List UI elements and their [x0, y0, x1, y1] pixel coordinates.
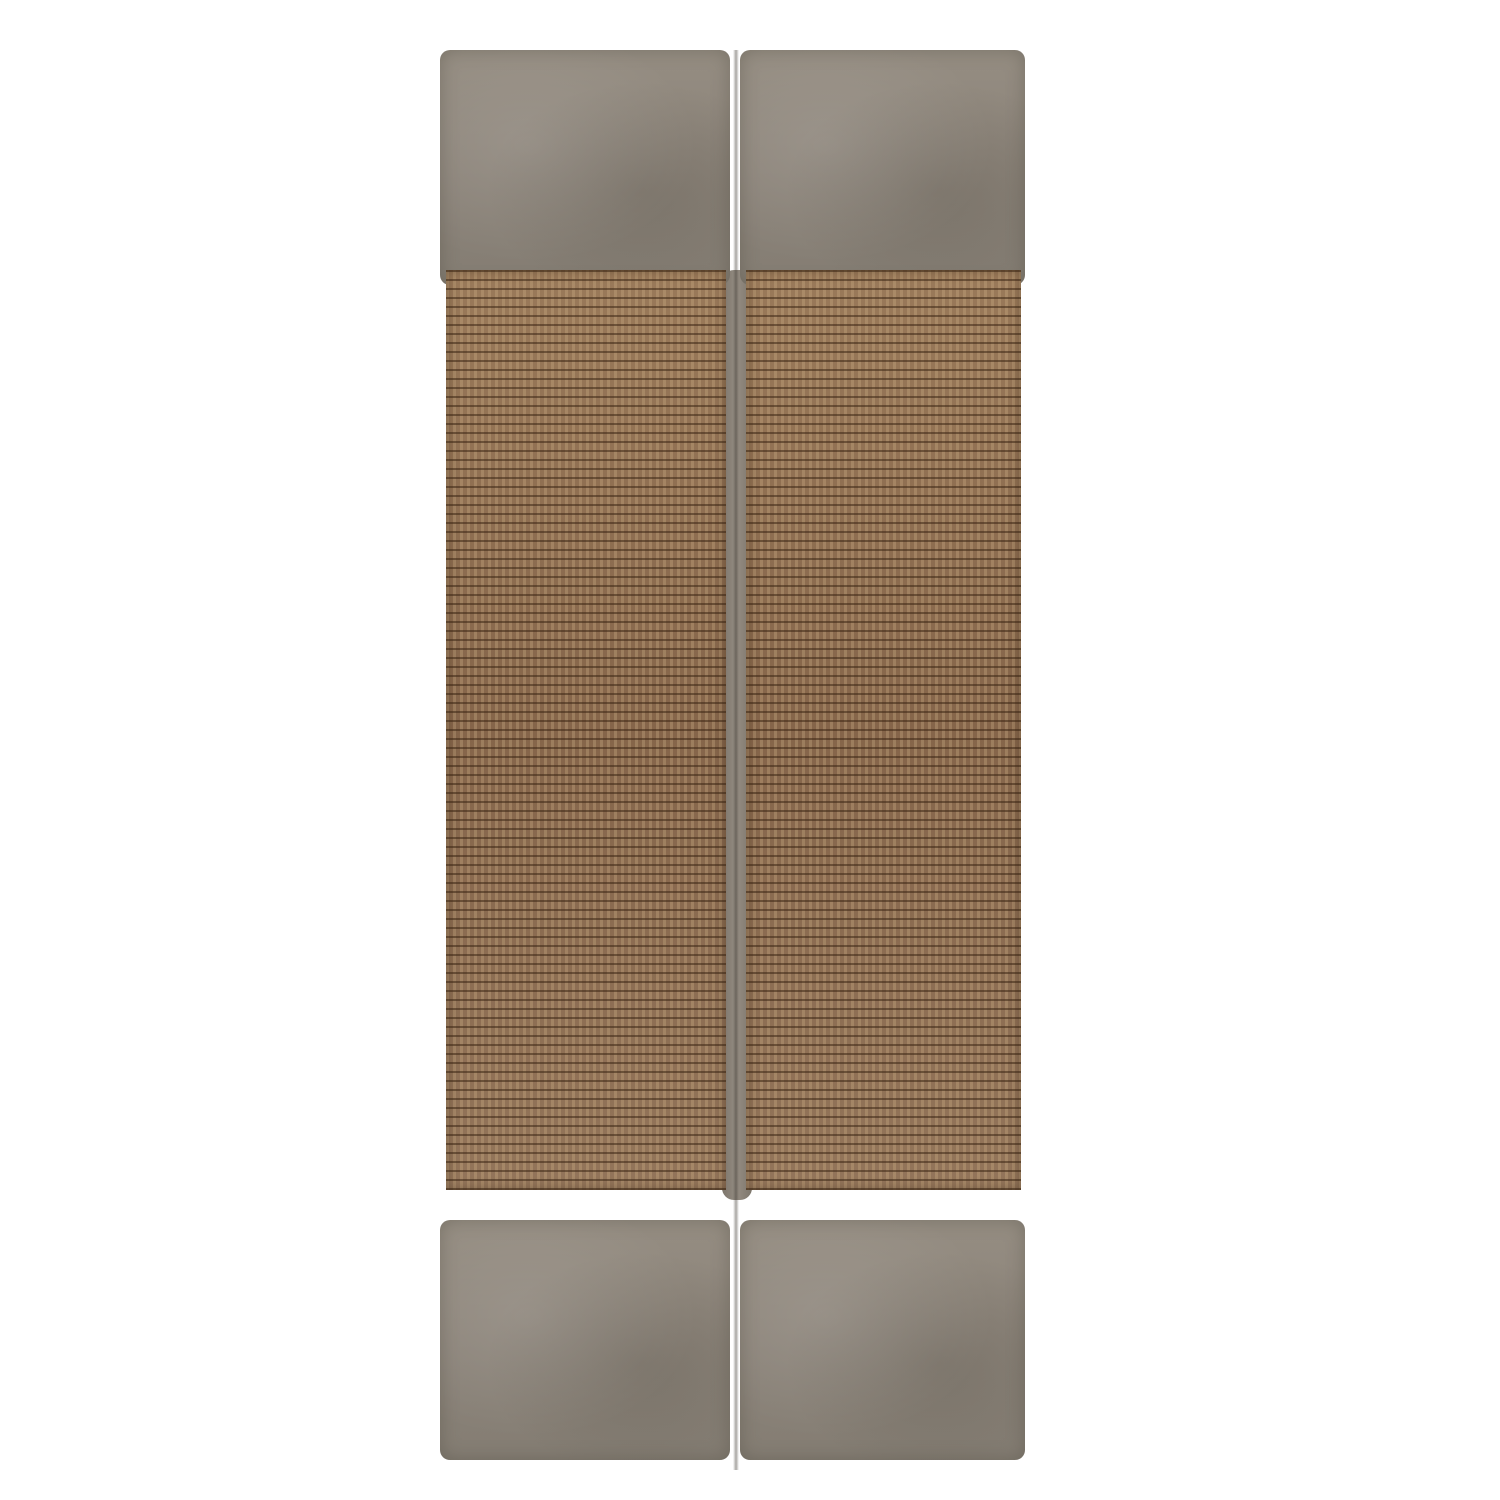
- center-fold-seam: [733, 50, 739, 1470]
- right-scratch-panel: [740, 40, 1025, 1460]
- right-top-plush-cap: [740, 50, 1025, 285]
- right-bottom-plush-cap: [740, 1220, 1025, 1460]
- left-bottom-plush-cap: [440, 1220, 730, 1460]
- left-scratch-panel: [440, 40, 730, 1460]
- left-top-plush-cap: [440, 50, 730, 285]
- left-sisal-surface: [446, 270, 726, 1190]
- right-sisal-surface: [746, 270, 1021, 1190]
- cat-scratcher-product: [440, 40, 1030, 1460]
